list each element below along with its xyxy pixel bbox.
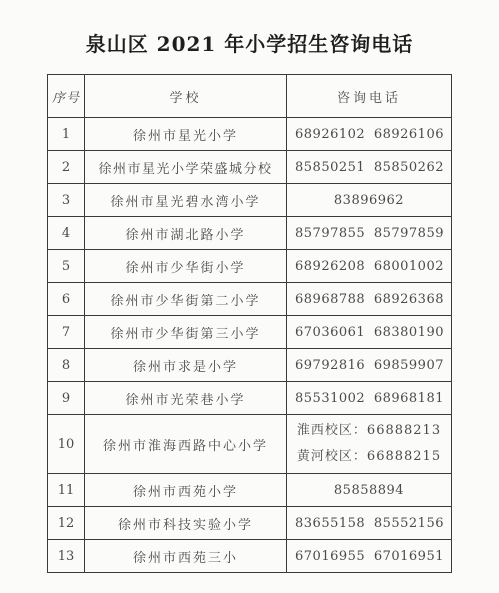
phone-number: 68968181 [374,391,444,406]
school-name: 徐州市西苑小学 [85,474,287,507]
phone-number: 68926106 [374,127,444,142]
school-name: 徐州市少华街第三小学 [85,316,287,349]
row-index: 5 [48,250,85,283]
row-index: 12 [48,507,85,540]
campus-phone-line: 淮西校区：66888213 [287,418,451,444]
phone-cell: 6892610268926106 [287,118,452,151]
school-name: 徐州市光荣巷小学 [85,382,287,415]
table-row: 4 徐州市湖北路小学 8579785585797859 [48,217,452,250]
school-name: 徐州市西苑三小 [85,540,287,573]
phone-cell: 8585025185850262 [287,151,452,184]
campus-label: 淮西校区： [297,423,367,438]
phone-number: 68001002 [374,259,444,274]
table-row: 9 徐州市光荣巷小学 8553100268968181 [48,382,452,415]
table-header-row: 序号 学校 咨询电话 [48,75,452,118]
phone-number: 85850251 [295,160,365,175]
school-name: 徐州市星光小学荣盛城分校 [85,151,287,184]
phone-number: 67036061 [295,325,365,340]
phone-cell: 6892620868001002 [287,250,452,283]
table-row: 6 徐州市少华街第二小学 6896878868926368 [48,283,452,316]
phone-number: 83896962 [334,193,404,208]
table-row: 5 徐州市少华街小学 6892620868001002 [48,250,452,283]
school-name: 徐州市星光碧水湾小学 [85,184,287,217]
school-name: 徐州市求是小学 [85,349,287,382]
phone-cell: 83896962 [287,184,452,217]
row-index: 3 [48,184,85,217]
phone-number: 69859907 [374,358,444,373]
phone-number: 85797855 [295,226,365,241]
phone-number: 66888213 [367,423,441,438]
phone-cell: 淮西校区：66888213 黄河校区：66888215 [287,415,452,474]
phone-cell: 6896878868926368 [287,283,452,316]
table-row: 13 徐州市西苑三小 6701695567016951 [48,540,452,573]
phone-number: 83655158 [295,516,365,531]
school-name: 徐州市星光小学 [85,118,287,151]
table-row: 1 徐州市星光小学 6892610268926106 [48,118,452,151]
phone-number: 85858894 [334,483,404,498]
table-row: 3 徐州市星光碧水湾小学 83896962 [48,184,452,217]
phone-number: 69792816 [295,358,365,373]
school-name: 徐州市淮海西路中心小学 [85,415,287,474]
phone-number: 68968788 [295,292,365,307]
phone-number: 68926368 [374,292,444,307]
phone-number: 68380190 [374,325,444,340]
phone-cell: 6701695567016951 [287,540,452,573]
table-row: 11 徐州市西苑小学 85858894 [48,474,452,507]
phone-cell: 8553100268968181 [287,382,452,415]
row-index: 13 [48,540,85,573]
row-index: 9 [48,382,85,415]
row-index: 1 [48,118,85,151]
phone-number: 85797859 [374,226,444,241]
row-index: 8 [48,349,85,382]
table-row: 12 徐州市科技实验小学 8365515885552156 [48,507,452,540]
phone-number: 67016951 [374,549,444,564]
phone-cell: 6703606168380190 [287,316,452,349]
phone-number: 85552156 [374,516,444,531]
phone-number: 85531002 [295,391,365,406]
row-index: 2 [48,151,85,184]
phone-number: 67016955 [295,549,365,564]
phone-cell: 6979281669859907 [287,349,452,382]
phone-number: 68926102 [295,127,365,142]
phone-cell: 85858894 [287,474,452,507]
header-index: 序号 [48,75,85,118]
campus-phone-line: 黄河校区：66888215 [287,444,451,470]
table-row: 2 徐州市星光小学荣盛城分校 8585025185850262 [48,151,452,184]
school-name: 徐州市科技实验小学 [85,507,287,540]
table-row: 8 徐州市求是小学 6979281669859907 [48,349,452,382]
header-school: 学校 [85,75,287,118]
document-title: 泉山区 2021 年小学招生咨询电话 [0,28,499,57]
row-index: 11 [48,474,85,507]
phone-cell: 8579785585797859 [287,217,452,250]
admission-contacts-table: 序号 学校 咨询电话 1 徐州市星光小学 6892610268926106 2 … [47,74,452,573]
phone-number: 68926208 [295,259,365,274]
row-index: 7 [48,316,85,349]
school-name: 徐州市少华街小学 [85,250,287,283]
school-name: 徐州市湖北路小学 [85,217,287,250]
row-index: 4 [48,217,85,250]
phone-cell: 8365515885552156 [287,507,452,540]
campus-label: 黄河校区： [297,449,367,464]
row-index: 6 [48,283,85,316]
header-phone: 咨询电话 [287,75,452,118]
phone-number: 66888215 [367,449,441,464]
row-index: 10 [48,415,85,474]
school-name: 徐州市少华街第二小学 [85,283,287,316]
phone-number: 85850262 [374,160,444,175]
table-row: 7 徐州市少华街第三小学 6703606168380190 [48,316,452,349]
table-row: 10 徐州市淮海西路中心小学 淮西校区：66888213 黄河校区：668882… [48,415,452,474]
